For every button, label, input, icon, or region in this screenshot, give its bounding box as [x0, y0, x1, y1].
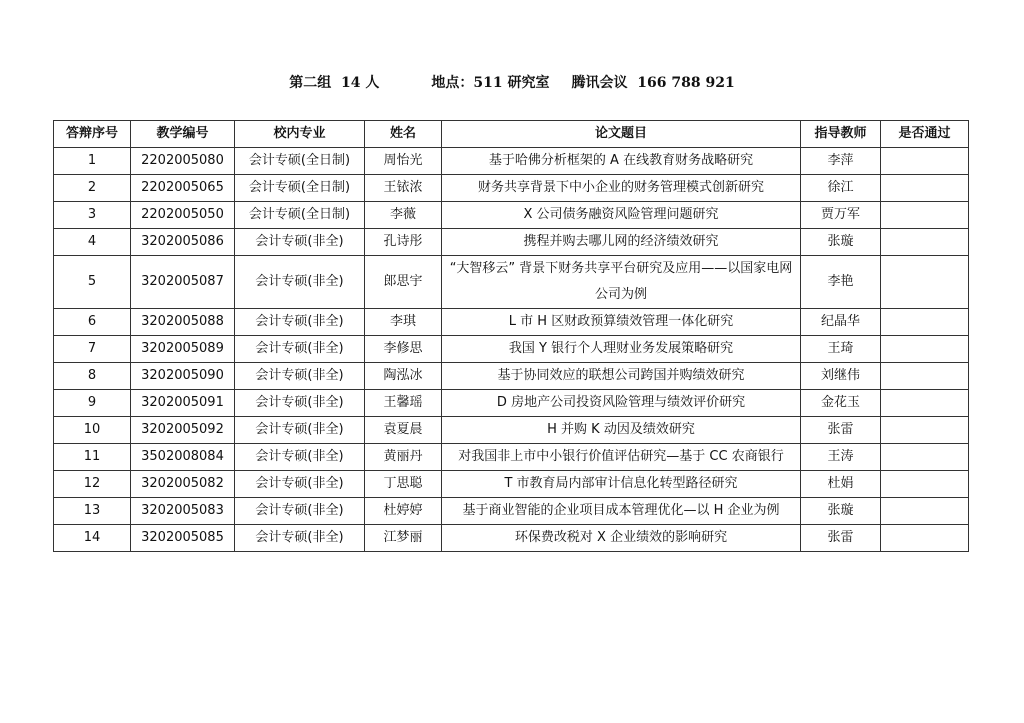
- passed-cell: [881, 417, 969, 444]
- student-id: 2202005065: [131, 175, 235, 202]
- thesis-title: 对我国非上市中小银行价值评估研究—基于 CC 农商银行: [442, 444, 801, 471]
- passed-cell: [881, 525, 969, 552]
- student-id: 2202005050: [131, 202, 235, 229]
- table-row: 113502008084会计专硕(非全)黄丽丹对我国非上市中小银行价值评估研究—…: [54, 444, 969, 471]
- defense-no: 8: [54, 363, 131, 390]
- major: 会计专硕(非全): [235, 444, 365, 471]
- table-row: 12202005080会计专硕(全日制)周怡光基于哈佛分析框架的 A 在线教育财…: [54, 148, 969, 175]
- student-id: 3502008084: [131, 444, 235, 471]
- student-id: 3202005088: [131, 309, 235, 336]
- thesis-title: H 并购 K 动因及绩效研究: [442, 417, 801, 444]
- table-header-row: 答辩序号 教学编号 校内专业 姓名 论文题目 指导教师 是否通过: [54, 121, 969, 148]
- thesis-title: T 市教育局内部审计信息化转型路径研究: [442, 471, 801, 498]
- thesis-title: D 房地产公司投资风险管理与绩效评价研究: [442, 390, 801, 417]
- defense-no: 12: [54, 471, 131, 498]
- major: 会计专硕(非全): [235, 363, 365, 390]
- student-name: 李修思: [365, 336, 442, 363]
- defense-no: 13: [54, 498, 131, 525]
- table-row: 103202005092会计专硕(非全)袁夏晨H 并购 K 动因及绩效研究张雷: [54, 417, 969, 444]
- thesis-title: X 公司债务融资风险管理问题研究: [442, 202, 801, 229]
- defense-no: 7: [54, 336, 131, 363]
- advisor: 张璇: [801, 229, 881, 256]
- thesis-title: 我国 Y 银行个人理财业务发展策略研究: [442, 336, 801, 363]
- defense-no: 4: [54, 229, 131, 256]
- thesis-title: 环保费改税对 X 企业绩效的影响研究: [442, 525, 801, 552]
- student-name: 袁夏晨: [365, 417, 442, 444]
- defense-no: 5: [54, 256, 131, 309]
- passed-cell: [881, 498, 969, 525]
- major: 会计专硕(全日制): [235, 148, 365, 175]
- meeting-label: 腾讯会议 166 788 921: [572, 72, 735, 92]
- student-name: 郎思宇: [365, 256, 442, 309]
- major: 会计专硕(非全): [235, 229, 365, 256]
- passed-cell: [881, 309, 969, 336]
- major: 会计专硕(非全): [235, 417, 365, 444]
- major: 会计专硕(非全): [235, 309, 365, 336]
- defense-no: 2: [54, 175, 131, 202]
- defense-no: 1: [54, 148, 131, 175]
- student-name: 杜婷婷: [365, 498, 442, 525]
- table-row: 53202005087会计专硕(非全)郎思宇“大智移云” 背景下财务共享平台研究…: [54, 256, 969, 309]
- column-header-student-id: 教学编号: [131, 121, 235, 148]
- student-name: 江梦丽: [365, 525, 442, 552]
- thesis-title: 财务共享背景下中小企业的财务管理模式创新研究: [442, 175, 801, 202]
- student-id: 3202005086: [131, 229, 235, 256]
- advisor: 张璇: [801, 498, 881, 525]
- major: 会计专硕(非全): [235, 336, 365, 363]
- defense-no: 10: [54, 417, 131, 444]
- advisor: 金花玉: [801, 390, 881, 417]
- defense-no: 9: [54, 390, 131, 417]
- column-header-passed: 是否通过: [881, 121, 969, 148]
- table-row: 93202005091会计专硕(非全)王馨瑶D 房地产公司投资风险管理与绩效评价…: [54, 390, 969, 417]
- student-name: 王铱浓: [365, 175, 442, 202]
- defense-no: 6: [54, 309, 131, 336]
- student-name: 黄丽丹: [365, 444, 442, 471]
- thesis-title: 基于商业智能的企业项目成本管理优化—以 H 企业为例: [442, 498, 801, 525]
- advisor: 李艳: [801, 256, 881, 309]
- advisor: 王琦: [801, 336, 881, 363]
- advisor: 纪晶华: [801, 309, 881, 336]
- table-row: 123202005082会计专硕(非全)丁思聪T 市教育局内部审计信息化转型路径…: [54, 471, 969, 498]
- defense-no: 14: [54, 525, 131, 552]
- column-header-thesis-title: 论文题目: [442, 121, 801, 148]
- thesis-title: “大智移云” 背景下财务共享平台研究及应用——以国家电网公司为例: [442, 256, 801, 309]
- passed-cell: [881, 256, 969, 309]
- column-header-major: 校内专业: [235, 121, 365, 148]
- table-row: 73202005089会计专硕(非全)李修思我国 Y 银行个人理财业务发展策略研…: [54, 336, 969, 363]
- table-row: 133202005083会计专硕(非全)杜婷婷基于商业智能的企业项目成本管理优化…: [54, 498, 969, 525]
- group-label: 第二组 14 人: [289, 72, 379, 92]
- passed-cell: [881, 148, 969, 175]
- passed-cell: [881, 175, 969, 202]
- defense-schedule-table: 答辩序号 教学编号 校内专业 姓名 论文题目 指导教师 是否通过 1220200…: [53, 120, 969, 552]
- thesis-title: 基于哈佛分析框架的 A 在线教育财务战略研究: [442, 148, 801, 175]
- major: 会计专硕(非全): [235, 471, 365, 498]
- major: 会计专硕(非全): [235, 525, 365, 552]
- column-header-advisor: 指导教师: [801, 121, 881, 148]
- major: 会计专硕(非全): [235, 498, 365, 525]
- table-row: 143202005085会计专硕(非全)江梦丽环保费改税对 X 企业绩效的影响研…: [54, 525, 969, 552]
- student-name: 李薇: [365, 202, 442, 229]
- student-name: 王馨瑶: [365, 390, 442, 417]
- passed-cell: [881, 471, 969, 498]
- location-label: 地点：511 研究室: [431, 72, 549, 92]
- student-name: 周怡光: [365, 148, 442, 175]
- student-name: 李琪: [365, 309, 442, 336]
- major: 会计专硕(非全): [235, 390, 365, 417]
- thesis-title: 携程并购去哪儿网的经济绩效研究: [442, 229, 801, 256]
- student-id: 3202005085: [131, 525, 235, 552]
- passed-cell: [881, 363, 969, 390]
- passed-cell: [881, 390, 969, 417]
- student-id: 3202005082: [131, 471, 235, 498]
- student-name: 陶泓冰: [365, 363, 442, 390]
- page-header: 第二组 14 人地点：511 研究室腾讯会议 166 788 921: [0, 72, 1024, 92]
- table-row: 22202005065会计专硕(全日制)王铱浓财务共享背景下中小企业的财务管理模…: [54, 175, 969, 202]
- column-header-defense-no: 答辩序号: [54, 121, 131, 148]
- table-row: 83202005090会计专硕(非全)陶泓冰基于协同效应的联想公司跨国并购绩效研…: [54, 363, 969, 390]
- student-id: 3202005087: [131, 256, 235, 309]
- student-name: 孔诗彤: [365, 229, 442, 256]
- student-id: 3202005083: [131, 498, 235, 525]
- passed-cell: [881, 336, 969, 363]
- table-row: 32202005050会计专硕(全日制)李薇X 公司债务融资风险管理问题研究贾万…: [54, 202, 969, 229]
- table-body: 12202005080会计专硕(全日制)周怡光基于哈佛分析框架的 A 在线教育财…: [54, 148, 969, 552]
- major: 会计专硕(全日制): [235, 202, 365, 229]
- advisor: 李萍: [801, 148, 881, 175]
- advisor: 杜娟: [801, 471, 881, 498]
- advisor: 贾万军: [801, 202, 881, 229]
- column-header-name: 姓名: [365, 121, 442, 148]
- thesis-title: 基于协同效应的联想公司跨国并购绩效研究: [442, 363, 801, 390]
- advisor: 王涛: [801, 444, 881, 471]
- advisor: 刘继伟: [801, 363, 881, 390]
- student-id: 3202005091: [131, 390, 235, 417]
- advisor: 张雷: [801, 525, 881, 552]
- passed-cell: [881, 444, 969, 471]
- defense-no: 3: [54, 202, 131, 229]
- thesis-title: L 市 H 区财政预算绩效管理一体化研究: [442, 309, 801, 336]
- student-id: 3202005090: [131, 363, 235, 390]
- student-id: 3202005092: [131, 417, 235, 444]
- major: 会计专硕(非全): [235, 256, 365, 309]
- table-row: 63202005088会计专硕(非全)李琪L 市 H 区财政预算绩效管理一体化研…: [54, 309, 969, 336]
- student-id: 3202005089: [131, 336, 235, 363]
- passed-cell: [881, 202, 969, 229]
- student-name: 丁思聪: [365, 471, 442, 498]
- student-id: 2202005080: [131, 148, 235, 175]
- major: 会计专硕(全日制): [235, 175, 365, 202]
- passed-cell: [881, 229, 969, 256]
- advisor: 徐江: [801, 175, 881, 202]
- defense-no: 11: [54, 444, 131, 471]
- table-row: 43202005086会计专硕(非全)孔诗彤携程并购去哪儿网的经济绩效研究张璇: [54, 229, 969, 256]
- advisor: 张雷: [801, 417, 881, 444]
